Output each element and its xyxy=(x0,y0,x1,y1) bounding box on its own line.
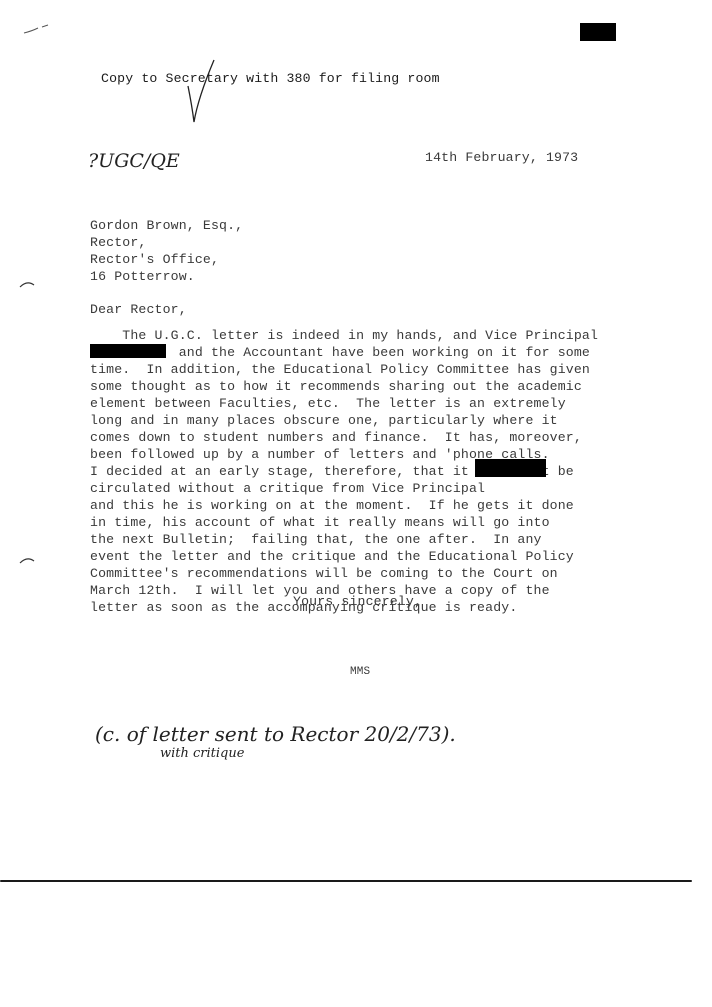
letter-page: Copy to Secretary with 380 for filing ro… xyxy=(0,0,712,1007)
margin-mark xyxy=(18,552,38,570)
letter-body: The U.G.C. letter is indeed in my hands,… xyxy=(0,0,32,285)
redaction-top-right xyxy=(580,23,616,41)
handwritten-note: (c. of letter sent to Rector 20/2/73). xyxy=(95,722,456,746)
recipient-office: Rector's Office, xyxy=(90,252,219,267)
closing: Yours sincerely, xyxy=(293,594,422,609)
checkmark-icon xyxy=(180,58,220,133)
recipient-title: Rector, xyxy=(90,235,146,250)
page-divider-line xyxy=(0,880,692,882)
salutation: Dear Rector, xyxy=(90,302,187,317)
body-line: the next Bulletin; failing that, the one… xyxy=(90,532,542,547)
body-line: event the letter and the critique and th… xyxy=(90,549,574,564)
body-line: element between Faculties, etc. The lett… xyxy=(90,396,566,411)
body-line: and this he is working on at the moment.… xyxy=(90,498,574,513)
body-line: in time, his account of what it really m… xyxy=(90,515,550,530)
reference-handwritten: ?UGC/QE xyxy=(88,150,180,172)
body-line: some thought as to how it recommends sha… xyxy=(90,379,582,394)
filing-note: Copy to Secretary with 380 for filing ro… xyxy=(101,71,440,86)
redaction-name-2 xyxy=(475,459,546,477)
handwritten-note-sub: with critique xyxy=(160,746,244,761)
body-line: circulated without a critique from Vice … xyxy=(90,481,485,496)
body-line: The U.G.C. letter is indeed in my hands,… xyxy=(90,328,598,343)
recipient-name: Gordon Brown, Esq., xyxy=(90,218,243,233)
body-line: long and in many places obscure one, par… xyxy=(90,413,558,428)
recipient-address: 16 Potterrow. xyxy=(90,269,195,284)
body-line: Committee's recommendations will be comi… xyxy=(90,566,558,581)
letter-date: 14th February, 1973 xyxy=(425,150,578,165)
redaction-name-1 xyxy=(90,344,166,358)
signature-initials: MMS xyxy=(350,666,370,678)
body-line: comes down to student numbers and financ… xyxy=(90,430,582,445)
body-line: time. In addition, the Educational Polic… xyxy=(90,362,590,377)
